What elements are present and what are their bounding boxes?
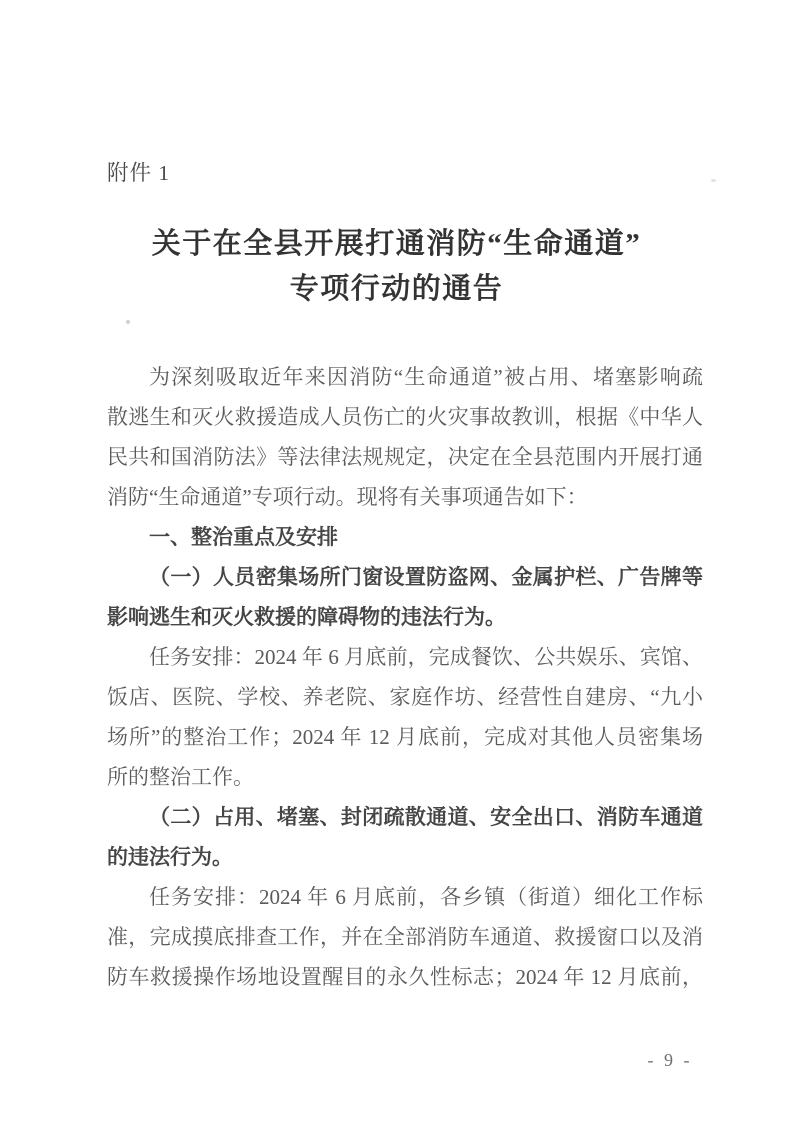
body-line: （二）占用、堵塞、封闭疏散通道、安全出口、消防车通道	[107, 797, 703, 837]
body-line: 任务安排：2024 年 6 月底前，完成餐饮、公共娱乐、宾馆、	[107, 637, 703, 677]
body-block-heading: 一、整治重点及安排	[107, 517, 703, 557]
body-line: （一）人员密集场所门窗设置防盗网、金属护栏、广告牌等	[107, 557, 703, 597]
body-line: 饭店、医院、学校、养老院、家庭作坊、经营性自建房、“九小	[107, 677, 703, 717]
scan-speck	[126, 320, 130, 324]
body-line: 任务安排：2024 年 6 月底前，各乡镇（街道）细化工作标	[107, 877, 703, 917]
body-line: 为深刻吸取近年来因消防“生命通道”被占用、堵塞影响疏	[107, 357, 703, 397]
body-line: 消防“生命通道”专项行动。现将有关事项通告如下：	[107, 477, 703, 517]
attachment-label: 附件 1	[107, 156, 170, 187]
body-line: 民共和国消防法》等法律法规规定，决定在全县范围内开展打通	[107, 437, 703, 477]
body-block-normal: 任务安排：2024 年 6 月底前，各乡镇（街道）细化工作标准，完成摸底排查工作…	[107, 877, 703, 997]
body-line: 散逃生和灭火救援造成人员伤亡的火灾事故教训，根据《中华人	[107, 397, 703, 437]
body-block-emphasis: （一）人员密集场所门窗设置防盗网、金属护栏、广告牌等影响逃生和灭火救援的障碍物的…	[107, 557, 703, 637]
body-line: 所的整治工作。	[107, 757, 703, 797]
body-line: 的违法行为。	[107, 837, 703, 877]
page-number: - 9 -	[628, 1050, 712, 1071]
body-block-normal: 为深刻吸取近年来因消防“生命通道”被占用、堵塞影响疏散逃生和灭火救援造成人员伤亡…	[107, 357, 703, 517]
body-line: 一、整治重点及安排	[107, 517, 703, 557]
title-line-2: 专项行动的通告	[0, 267, 793, 312]
body-line: 场所”的整治工作；2024 年 12 月底前，完成对其他人员密集场	[107, 717, 703, 757]
body-block-normal: 任务安排：2024 年 6 月底前，完成餐饮、公共娱乐、宾馆、饭店、医院、学校、…	[107, 637, 703, 797]
body-block-emphasis: （二）占用、堵塞、封闭疏散通道、安全出口、消防车通道的违法行为。	[107, 797, 703, 877]
scan-speck	[711, 179, 716, 182]
title-line-1: 关于在全县开展打通消防“生命通道”	[0, 222, 793, 267]
body-line: 准，完成摸底排查工作，并在全部消防车通道、救援窗口以及消	[107, 917, 703, 957]
document-page: 附件 1 关于在全县开展打通消防“生命通道” 专项行动的通告 为深刻吸取近年来因…	[0, 0, 793, 1122]
body-line: 影响逃生和灭火救援的障碍物的违法行为。	[107, 597, 703, 637]
document-title: 关于在全县开展打通消防“生命通道” 专项行动的通告	[0, 222, 793, 312]
body-text: 为深刻吸取近年来因消防“生命通道”被占用、堵塞影响疏散逃生和灭火救援造成人员伤亡…	[107, 357, 703, 997]
body-line: 防车救援操作场地设置醒目的永久性标志；2024 年 12 月底前，	[107, 957, 703, 997]
